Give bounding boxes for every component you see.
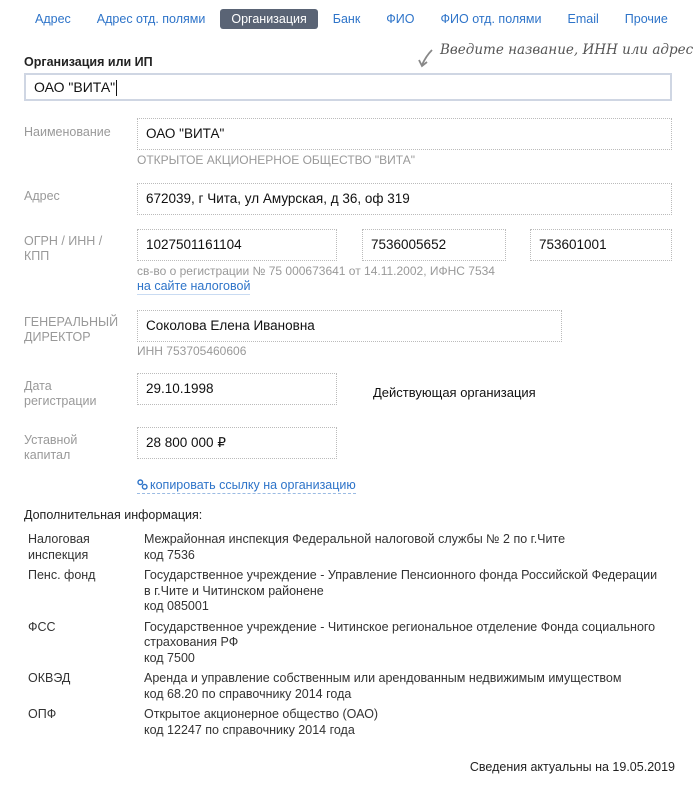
table-row: ФСС Государственное учреждение - Читинск… — [24, 620, 664, 672]
tab-fio[interactable]: ФИО — [375, 9, 425, 29]
name-label: Наименование — [24, 125, 111, 140]
tab-organization[interactable]: Организация — [220, 9, 317, 29]
search-label: Организация или ИП — [24, 55, 153, 69]
hint-arrow-icon — [418, 48, 434, 68]
director-label: ГЕНЕРАЛЬНЫЙ ДИРЕКТОР — [24, 315, 124, 345]
tab-other[interactable]: Прочие — [614, 9, 679, 29]
registration-note: св-во о регистрации № 75 000673641 от 14… — [137, 264, 495, 279]
organization-status: Действующая организация — [373, 385, 536, 400]
extra-info-table: Налоговая инспекция Межрайонная инспекци… — [24, 532, 664, 743]
row-value: Аренда и управление собственным или арен… — [144, 671, 664, 707]
capital-field[interactable]: 28 800 000 ₽ — [137, 427, 337, 459]
ids-label: ОГРН / ИНН / КПП — [24, 234, 114, 264]
row-key: ОКВЭД — [24, 671, 144, 707]
tab-bar: Адрес Адрес отд. полями Организация Банк… — [24, 8, 699, 30]
tab-address[interactable]: Адрес — [24, 9, 82, 29]
copy-link-label: копировать ссылку на организацию — [150, 478, 356, 492]
row-key: Пенс. фонд — [24, 568, 144, 620]
row-value: Государственное учреждение - Читинское р… — [144, 620, 664, 672]
organization-search-input[interactable]: ОАО "ВИТА" — [24, 73, 672, 101]
full-name-text: ОТКРЫТОЕ АКЦИОНЕРНОЕ ОБЩЕСТВО "ВИТА" — [137, 153, 415, 168]
search-hint: Введите название, ИНН или адрес — [440, 42, 693, 58]
text-caret — [116, 80, 117, 96]
table-row: Налоговая инспекция Межрайонная инспекци… — [24, 532, 664, 568]
name-field[interactable]: ОАО "ВИТА" — [137, 118, 672, 150]
kpp-field[interactable]: 753601001 — [530, 229, 672, 261]
inn-field[interactable]: 7536005652 — [362, 229, 506, 261]
ogrn-field[interactable]: 1027501161104 — [137, 229, 337, 261]
address-label: Адрес — [24, 189, 60, 204]
row-value: Государственное учреждение - Управление … — [144, 568, 664, 620]
director-field[interactable]: Соколова Елена Ивановна — [137, 310, 562, 342]
row-value: Межрайонная инспекция Федеральной налого… — [144, 532, 664, 568]
reg-date-field[interactable]: 29.10.1998 — [137, 373, 337, 405]
tab-address-fields[interactable]: Адрес отд. полями — [86, 9, 217, 29]
tab-bank[interactable]: Банк — [322, 9, 372, 29]
data-freshness-note: Сведения актуальны на 19.05.2019 — [470, 760, 675, 774]
search-input-value: ОАО "ВИТА" — [34, 79, 115, 95]
copy-link-button[interactable]: копировать ссылку на организацию — [137, 478, 356, 494]
address-field[interactable]: 672039, г Чита, ул Амурская, д 36, оф 31… — [137, 183, 672, 215]
director-inn: ИНН 753705460606 — [137, 344, 246, 359]
row-key: ФСС — [24, 620, 144, 672]
row-key: ОПФ — [24, 707, 144, 743]
table-row: ОКВЭД Аренда и управление собственным ил… — [24, 671, 664, 707]
extra-info-title: Дополнительная информация: — [24, 508, 202, 522]
tax-site-link[interactable]: на сайте налоговой — [137, 279, 250, 295]
link-icon — [137, 479, 148, 490]
capital-label: Уставной капитал — [24, 433, 104, 463]
tab-email[interactable]: Email — [557, 9, 610, 29]
tab-fio-fields[interactable]: ФИО отд. полями — [430, 9, 553, 29]
table-row: ОПФ Открытое акционерное общество (ОАО)к… — [24, 707, 664, 743]
reg-date-label: Дата регистрации — [24, 379, 104, 409]
row-key: Налоговая инспекция — [24, 532, 144, 568]
row-value: Открытое акционерное общество (ОАО)код 1… — [144, 707, 664, 743]
table-row: Пенс. фонд Государственное учреждение - … — [24, 568, 664, 620]
